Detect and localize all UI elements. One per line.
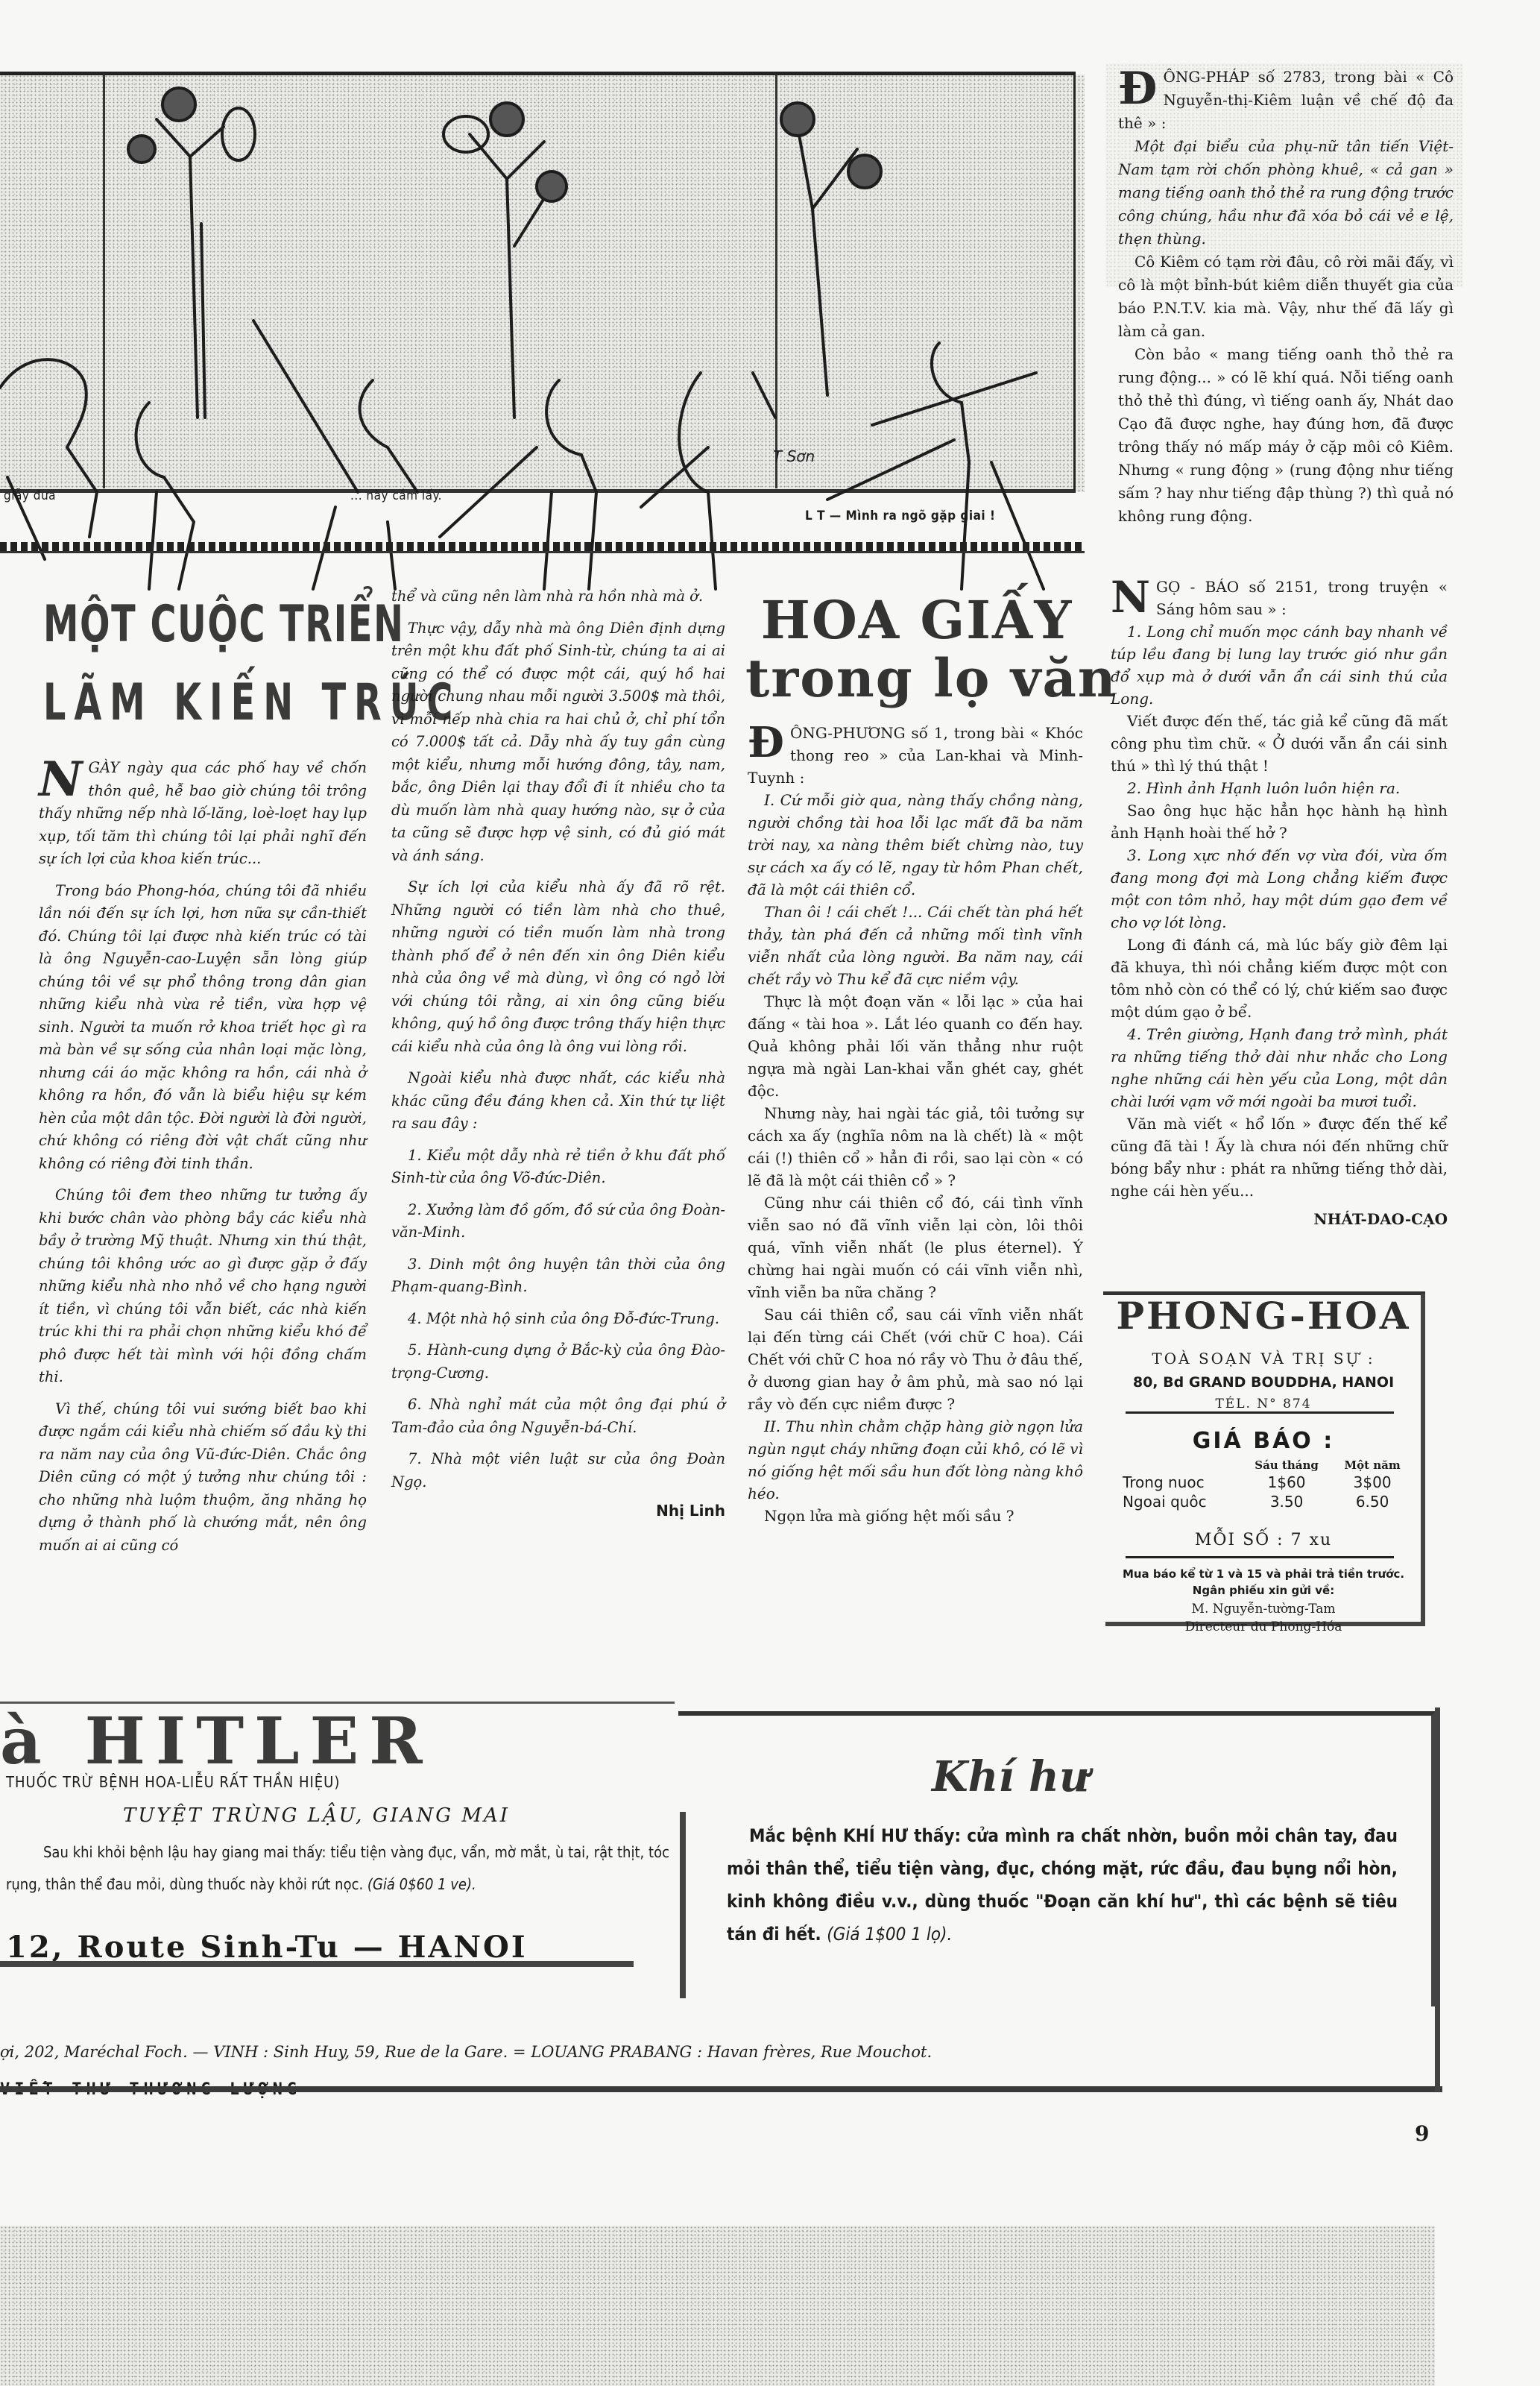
ad-khi-hu-left-bar <box>680 1812 686 1998</box>
list-item: 1. Kiểu một dẫy nhà rẻ tiền ở khu đất ph… <box>391 1145 725 1190</box>
price-title: GIÁ BÁO : <box>1114 1428 1413 1454</box>
ad-khi-hu-title: Khí hư <box>932 1752 1090 1801</box>
subscription-note: Mua báo kể từ 1 và 15 và phải trả tiền t… <box>1122 1566 1405 1599</box>
list-item: 2. Xưởng làm đồ gốm, đồ sứ của ông Đoàn-… <box>391 1199 725 1244</box>
hoa-giay-title-line2: trong lọ văn <box>745 647 1088 709</box>
list-item: 7. Nhà một viên luật sư của ông Đoàn Ngọ… <box>391 1448 725 1493</box>
footer-rule <box>0 2086 1442 2092</box>
architecture-column-1: N GÀY ngày qua các phố hay về chốn thôn … <box>39 757 367 1557</box>
cartoon-illustration <box>0 75 1085 488</box>
recipient-title: Directeur du Phong-Hóa <box>1114 1619 1413 1634</box>
divider <box>1126 1556 1394 1558</box>
commentary-paragraph: Cũng như cái thiên cổ đó, cái tình vĩnh … <box>748 1192 1083 1303</box>
quoted-paragraph: 1. Long chỉ muốn mọc cánh bay nhanh về t… <box>1111 620 1448 710</box>
agents-line: ợi, 202, Maréchal Foch. — VINH : Sinh Hu… <box>0 2043 932 2061</box>
architecture-title-line1: MỘT CUỘC TRIỂN <box>43 589 357 660</box>
caption-panel-1: giẫy đưa <box>4 488 56 503</box>
ad-hitler-tagline: TUYỆT TRÙNG LẬU, GIANG MAI <box>123 1804 510 1827</box>
table-cell: 1$60 <box>1241 1473 1332 1492</box>
dong-phap-quote: Một đại biểu của phụ-nữ tân tiến Việt-Na… <box>1118 135 1454 251</box>
ngo-bao-lead: GỌ - BÁO số 2151, trong truyện « Sáng hô… <box>1111 576 1448 620</box>
office-label: TOÀ SOẠN VÀ TRỊ SỰ : <box>1114 1350 1413 1367</box>
table-cell: 3.50 <box>1241 1492 1332 1511</box>
commentary-paragraph: Viết được đến thế, tác giả kể cũng đã mấ… <box>1111 710 1448 777</box>
phong-hoa-masthead: PHONG-HOA <box>1103 1294 1424 1338</box>
quoted-paragraph: II. Thu nhìn chằm chặp hàng giờ ngọn lửa… <box>748 1415 1083 1505</box>
table-cell: 3$00 <box>1332 1473 1413 1492</box>
quoted-paragraph: I. Cứ mỗi giờ qua, nàng thấy chồng nàng,… <box>748 789 1083 901</box>
hoa-giay-title-line1: HOA GIẤY <box>745 589 1088 651</box>
dropcap: Đ <box>748 725 784 761</box>
table-row: Trong nuoc 1$60 3$00 <box>1122 1473 1413 1492</box>
list-item: 5. Hành-cung dựng ở Bắc-kỳ của ông Đào-t… <box>391 1339 725 1385</box>
ad-khi-hu-body: Mắc bệnh KHÍ HƯ thấy: cửa mình ra chất n… <box>727 1819 1398 1951</box>
page-number: 9 <box>1415 2121 1429 2146</box>
ad-bottom-rule <box>0 1961 634 1967</box>
dropcap: Đ <box>1118 69 1157 109</box>
hoa-giay-column: Đ ÔNG-PHƯƠNG số 1, trong bài « Khóc thon… <box>748 722 1083 1527</box>
table-header: Sáu tháng <box>1241 1458 1332 1473</box>
scan-edge-band <box>0 2226 1435 2386</box>
per-issue-price: MỖI SỐ : 7 xu <box>1114 1531 1413 1549</box>
table-cell: 6.50 <box>1332 1492 1413 1511</box>
table-row: Ngoai quôc 3.50 6.50 <box>1122 1492 1413 1511</box>
article-author: Nhị Linh <box>391 1499 725 1523</box>
dong-phap-paragraph: Cô Kiêm có tạm rời đâu, cô rời mãi đấy, … <box>1118 251 1454 343</box>
ad-hitler-price: (Giá 0$60 1 ve). <box>367 1875 476 1893</box>
article-paragraph: GÀY ngày qua các phố hay về chốn thôn qu… <box>39 757 367 871</box>
list-item: 3. Dinh một ông huyện tân thời của ông P… <box>391 1253 725 1299</box>
subscription-price-table: Sáu tháng Một năm Trong nuoc 1$60 3$00 N… <box>1122 1458 1413 1511</box>
ad-hitler-address: 12, Route Sinh-Tu — HANOI <box>6 1930 528 1965</box>
article-paragraph: Ngoài kiểu nhà được nhất, các kiểu nhà k… <box>391 1067 725 1136</box>
commentary-paragraph: Sau cái thiên cổ, sau cái vĩnh viễn nhất… <box>748 1303 1083 1415</box>
quoted-paragraph: 2. Hình ảnh Hạnh luôn luôn hiện ra. <box>1111 777 1448 799</box>
list-item: 6. Nhà nghỉ mát của một ông đại phú ở Ta… <box>391 1394 725 1439</box>
commentary-paragraph: Sao ông hục hặc hẳn học hành hạ hình ảnh… <box>1111 799 1448 844</box>
commentary-paragraph: Nhưng này, hai ngài tác giả, tôi tưởng s… <box>748 1102 1083 1192</box>
table-header <box>1122 1458 1241 1473</box>
dong-phap-lead: ÔNG-PHÁP số 2783, trong bài « Cô Nguyễn-… <box>1118 66 1454 135</box>
ngo-bao-column: N GỌ - BÁO số 2151, trong truyện « Sáng … <box>1111 576 1448 1230</box>
table-header: Một năm <box>1332 1458 1413 1473</box>
hoa-giay-lead: ÔNG-PHƯƠNG số 1, trong bài « Khóc thong … <box>748 722 1083 789</box>
article-paragraph: thể và cũng nên làm nhà ra hồn nhà mà ở. <box>391 585 725 608</box>
ad-hitler-subtitle: THUỐC TRỪ BỆNH HOA-LIỄU RẤT THẦN HIỆU) <box>6 1773 340 1791</box>
office-telephone: TÉL. N° 874 <box>1114 1397 1413 1411</box>
article-paragraph: Chúng tôi đem theo những tư tưởng ấy khi… <box>39 1184 367 1389</box>
caption-panel-3: L T — Mình ra ngõ gặp giai ! <box>805 509 995 523</box>
dropcap: N <box>39 760 83 800</box>
cartoon-signature: T Sơn <box>773 447 815 465</box>
table-cell: Ngoai quôc <box>1122 1492 1241 1511</box>
article-paragraph: Sự ích lợi của kiểu nhà ấy đã rõ rệt. Nh… <box>391 876 725 1058</box>
ad-hitler-description: Sau khi khỏi bệnh lậu hay giang mai thấy… <box>6 1843 669 1893</box>
article-paragraph: Trong báo Phong-hóa, chúng tôi đã nhiều … <box>39 880 367 1176</box>
dropcap: N <box>1111 579 1150 616</box>
table-cell: Trong nuoc <box>1122 1473 1241 1492</box>
commentary-paragraph: Long đi đánh cá, mà lúc bấy giờ đêm lại … <box>1111 934 1448 1023</box>
quoted-paragraph: Than ôi ! cái chết !... Cái chết tàn phá… <box>748 901 1083 990</box>
ad-hitler-body: Sau khi khỏi bệnh lậu hay giang mai thấy… <box>6 1836 669 1901</box>
commentary-paragraph: Ngọn lửa mà giống hệt mối sầu ? <box>748 1505 1083 1527</box>
architecture-column-2: thể và cũng nên làm nhà ra hồn nhà mà ở.… <box>391 585 725 1523</box>
commentary-paragraph: Văn mà viết « hổ lốn » được đến thế kể c… <box>1111 1112 1448 1202</box>
caption-panel-2: ... này cầm lấy. <box>350 488 442 503</box>
divider <box>1126 1411 1394 1414</box>
commentary-paragraph: Thực là một đoạn văn « lỗi lạc » của hai… <box>748 990 1083 1102</box>
ad-hitler-title: à HITLER <box>0 1704 433 1779</box>
column-author: NHÁT-DAO-CẠO <box>1111 1208 1448 1230</box>
recipient-name: M. Nguyễn-tường-Tam <box>1114 1602 1413 1617</box>
article-paragraph: Thực vậy, dẫy nhà mà ông Diên định dựng … <box>391 617 725 868</box>
list-item: 4. Một nhà hộ sinh của ông Đỗ-đức-Trung. <box>391 1308 725 1331</box>
ad-khi-hu-price: (Giá 1$00 1 lọ). <box>827 1924 952 1945</box>
right-border-bar <box>1435 1707 1440 2091</box>
dong-phap-column: Đ ÔNG-PHÁP số 2783, trong bài « Cô Nguyễ… <box>1118 66 1454 528</box>
quoted-paragraph: 4. Trên giường, Hạnh đang trở mình, phát… <box>1111 1023 1448 1112</box>
architecture-title-line2: LÃM KIẾN TRÚC <box>43 667 357 738</box>
office-address: 80, Bd GRAND BOUDDHA, HANOI <box>1114 1374 1413 1391</box>
section-divider-rule <box>0 542 1085 553</box>
quoted-paragraph: 3. Long xực nhớ đến vợ vừa đói, vừa ốm đ… <box>1111 844 1448 934</box>
article-paragraph: Vì thế, chúng tôi vui sướng biết bao khi… <box>39 1398 367 1558</box>
dong-phap-paragraph: Còn bảo « mang tiếng oanh thỏ thẻ ra run… <box>1118 343 1454 528</box>
